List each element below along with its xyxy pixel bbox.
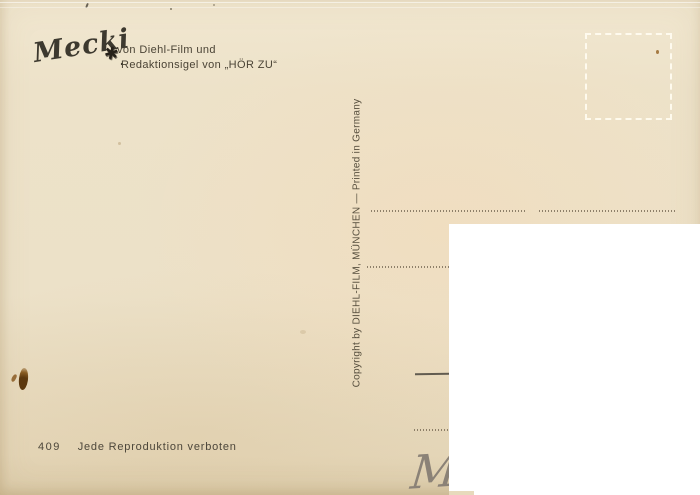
postcard-back: Mecki ✱ . von Diehl-Film und Redaktionsi… [0, 0, 700, 495]
paper-notch [449, 491, 474, 495]
paper-speck [170, 8, 172, 10]
ink-stain-large [18, 368, 30, 391]
handwritten-pencil-stroke [415, 373, 450, 376]
footer-imprint: 409 Jede Reproduktion verboten [38, 441, 237, 453]
paper-speck [85, 3, 89, 8]
copyright-vertical-text: Copyright by DIEHL-FILM, MÜNCHEN — Print… [352, 99, 363, 388]
paper-speck [300, 330, 306, 334]
paper-speck [213, 4, 215, 6]
white-cover-overlay [449, 224, 700, 495]
card-number: 409 [38, 441, 61, 453]
address-dotted-line-3 [414, 429, 449, 431]
tagline-line-1: von Diehl-Film und [117, 43, 277, 58]
stamp-box [585, 33, 672, 120]
publisher-tagline: von Diehl-Film und Redaktionsigel von „H… [117, 43, 277, 73]
reproduction-notice: Jede Reproduktion verboten [78, 441, 237, 453]
address-dotted-line-1b [539, 210, 677, 212]
paper-speck [656, 50, 659, 54]
ink-stain-small [10, 374, 17, 383]
address-dotted-line-2 [367, 266, 449, 268]
address-dotted-line-1 [371, 210, 527, 212]
paper-speck [118, 142, 121, 145]
tagline-line-2: Redaktionsigel von „HÖR ZU“ [121, 58, 277, 73]
